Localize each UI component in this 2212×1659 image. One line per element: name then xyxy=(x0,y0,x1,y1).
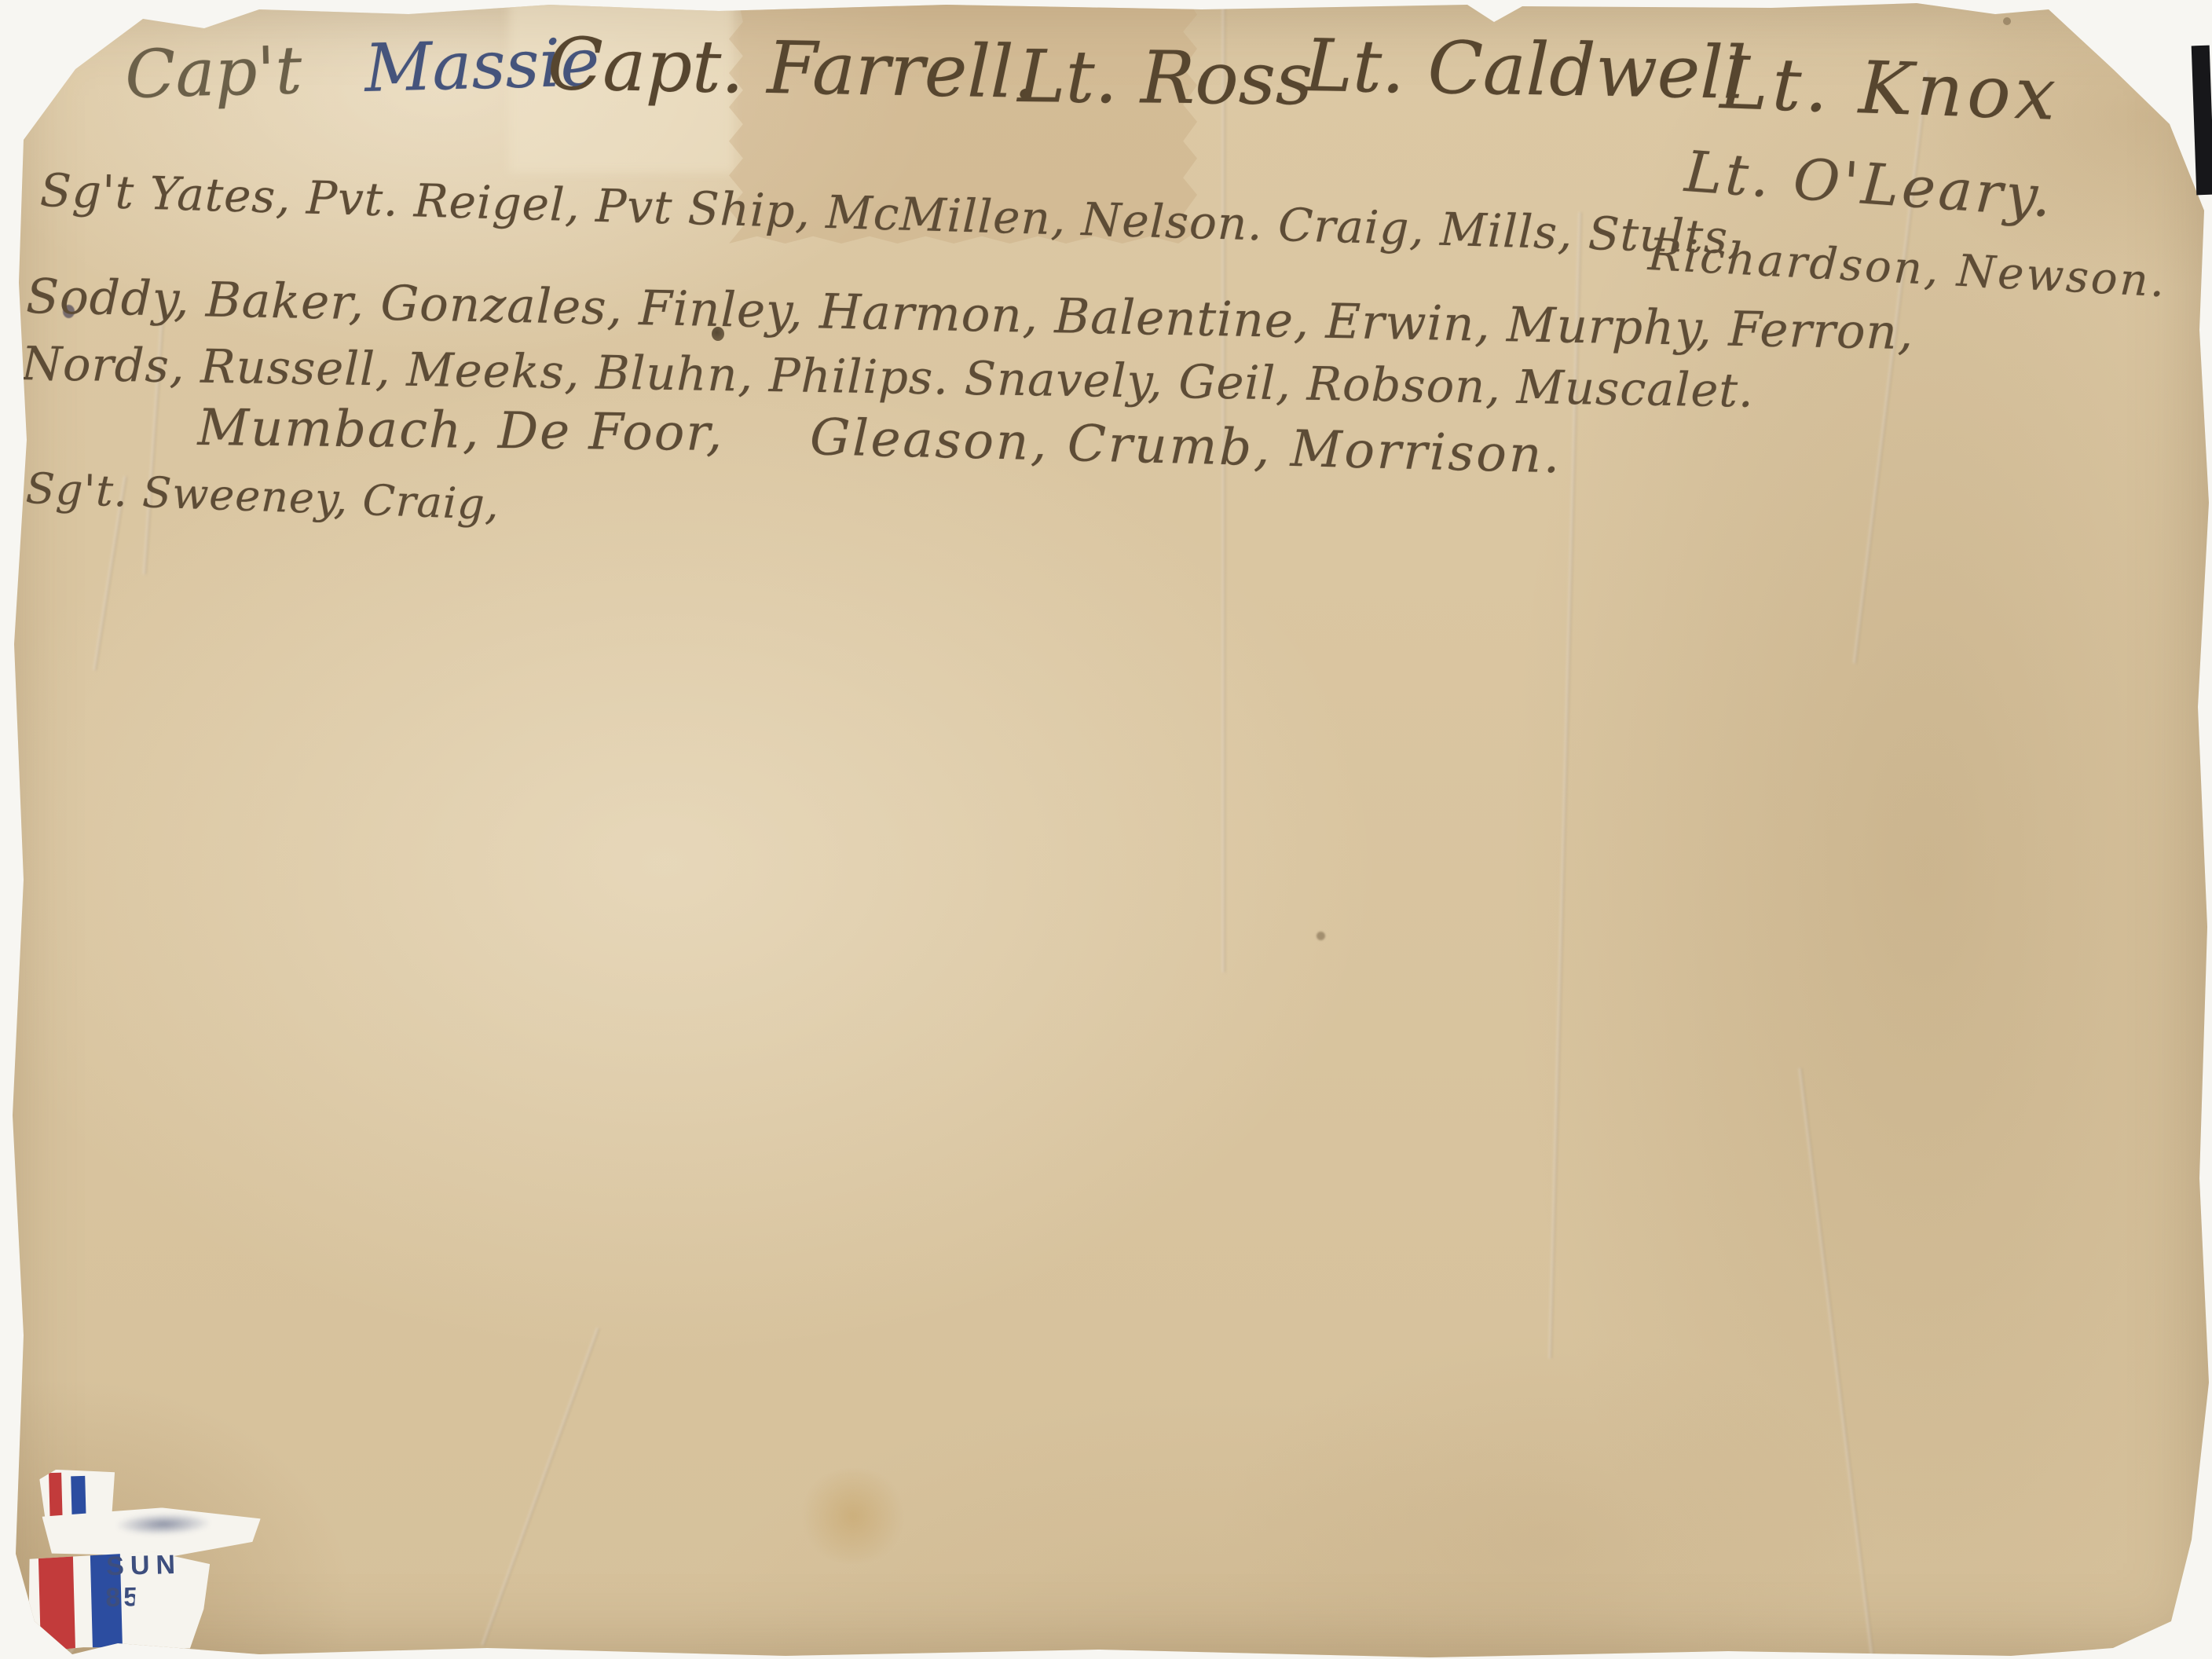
sticker-red-stripe xyxy=(38,1554,75,1652)
scanner-background: Cap't Massie Capt. Farrell. Lt. Ross Lt.… xyxy=(0,0,2212,1659)
handwritten-officer-name: Lt. Knox xyxy=(1719,41,2060,137)
paper-crease xyxy=(1799,1068,1875,1659)
handwritten-roster-line: Mumbach, De Foor, xyxy=(197,399,723,463)
paper-stain xyxy=(798,1470,908,1562)
rank-text: Cap't xyxy=(124,31,302,113)
handwritten-officer-name: Capt. Farrell. xyxy=(547,22,1037,115)
paper-crease xyxy=(482,1328,600,1646)
sticker-red-stripe xyxy=(49,1473,63,1518)
handwritten-roster-line: Gleason, Crumb, Morrison. xyxy=(809,408,1562,485)
handwritten-roster-line: Sg't. Sweeney, Craig, xyxy=(25,463,500,529)
handwritten-officer-name: Lt. Ross xyxy=(1017,35,1313,121)
photo-back-paper: Cap't Massie Capt. Farrell. Lt. Ross Lt.… xyxy=(0,0,2212,1659)
handwritten-caption-blue: Cap't Massie xyxy=(124,24,600,113)
sticker-smudged-print xyxy=(118,1513,210,1536)
paper-crease xyxy=(1222,6,1225,972)
ink-spot xyxy=(2003,17,2011,25)
handwritten-officer-name: Lt. Caldwell xyxy=(1304,24,1747,115)
sticker-text-line1: SUN xyxy=(106,1550,182,1582)
photo-lab-sticker: SUN 85 xyxy=(22,1464,270,1659)
ink-spot xyxy=(1317,932,1325,940)
scan-edge-shadow xyxy=(2192,46,2212,196)
